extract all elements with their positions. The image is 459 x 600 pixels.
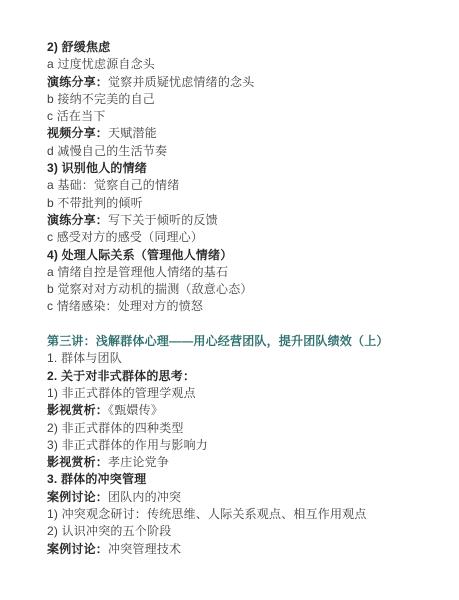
line-label: 视频分享：: [47, 126, 108, 140]
doc-line: 1. 群体与团队: [47, 350, 427, 367]
line-text: 团队内的冲突: [108, 490, 181, 504]
section-heading: 第三讲：浅解群体心理——用心经营团队，提升团队绩效（上）: [47, 333, 427, 350]
line-label: 影视赏析：: [47, 403, 108, 417]
line-text: 写下关于倾听的反馈: [108, 213, 218, 227]
doc-line: 2. 关于对非式群体的思考：: [47, 368, 427, 385]
doc-line: c 活在当下: [47, 108, 427, 125]
doc-line: a 过度忧虑源自念头: [47, 56, 427, 73]
doc-line: 案例讨论：冲突管理技术: [47, 541, 427, 558]
line-text: 《甄嬛传》: [108, 403, 163, 417]
line-text: 孝庄论党争: [108, 455, 169, 469]
doc-line: 3) 非正式群体的作用与影响力: [47, 437, 427, 454]
doc-line: 影视赏析：《甄嬛传》: [47, 402, 427, 419]
doc-line: a 情绪自控是管理他人情绪的基石: [47, 264, 427, 281]
doc-line: 2) 舒缓焦虑: [47, 39, 427, 56]
document-body: 2) 舒缓焦虑a 过度忧虑源自念头演练分享：觉察并质疑忧虑情绪的念头b 接纳不完…: [47, 39, 427, 558]
line-label: 影视赏析：: [47, 455, 108, 469]
doc-line: 4) 处理人际关系（管理他人情绪）: [47, 247, 427, 264]
doc-line: 1) 冲突观念研讨：传统思维、人际关系观点、相互作用观点: [47, 506, 427, 523]
line-label: 案例讨论：: [47, 490, 108, 504]
doc-line: a 基础：觉察自己的情绪: [47, 177, 427, 194]
line-text: 冲突管理技术: [108, 542, 181, 556]
line-label: 演练分享：: [47, 213, 108, 227]
document-page: 2) 舒缓焦虑a 过度忧虑源自念头演练分享：觉察并质疑忧虑情绪的念头b 接纳不完…: [47, 39, 427, 558]
line-label: 演练分享：: [47, 75, 108, 89]
line-text: 觉察并质疑忧虑情绪的念头: [108, 75, 254, 89]
doc-line: 1) 非正式群体的管理学观点: [47, 385, 427, 402]
doc-line: 2) 非正式群体的四种类型: [47, 420, 427, 437]
doc-line: c 情绪感染：处理对方的愤怒: [47, 298, 427, 315]
doc-line: 3) 识别他人的情绪: [47, 160, 427, 177]
doc-line: b 不带批判的倾听: [47, 195, 427, 212]
doc-line: b 接纳不完美的自己: [47, 91, 427, 108]
doc-line: 演练分享：觉察并质疑忧虑情绪的念头: [47, 74, 427, 91]
line-text: 天赋潜能: [108, 126, 157, 140]
doc-line: c 感受对方的感受（同理心）: [47, 229, 427, 246]
doc-line: 2) 认识冲突的五个阶段: [47, 523, 427, 540]
doc-line: 影视赏析：孝庄论党争: [47, 454, 427, 471]
paragraph-spacer: [47, 316, 427, 333]
doc-line: b 觉察对对方动机的揣测（敌意心态）: [47, 281, 427, 298]
doc-line: 案例讨论：团队内的冲突: [47, 489, 427, 506]
doc-line: d 减慢自己的生活节奏: [47, 143, 427, 160]
line-label: 案例讨论：: [47, 542, 108, 556]
doc-line: 视频分享：天赋潜能: [47, 125, 427, 142]
doc-line: 3. 群体的冲突管理: [47, 471, 427, 488]
doc-line: 演练分享：写下关于倾听的反馈: [47, 212, 427, 229]
